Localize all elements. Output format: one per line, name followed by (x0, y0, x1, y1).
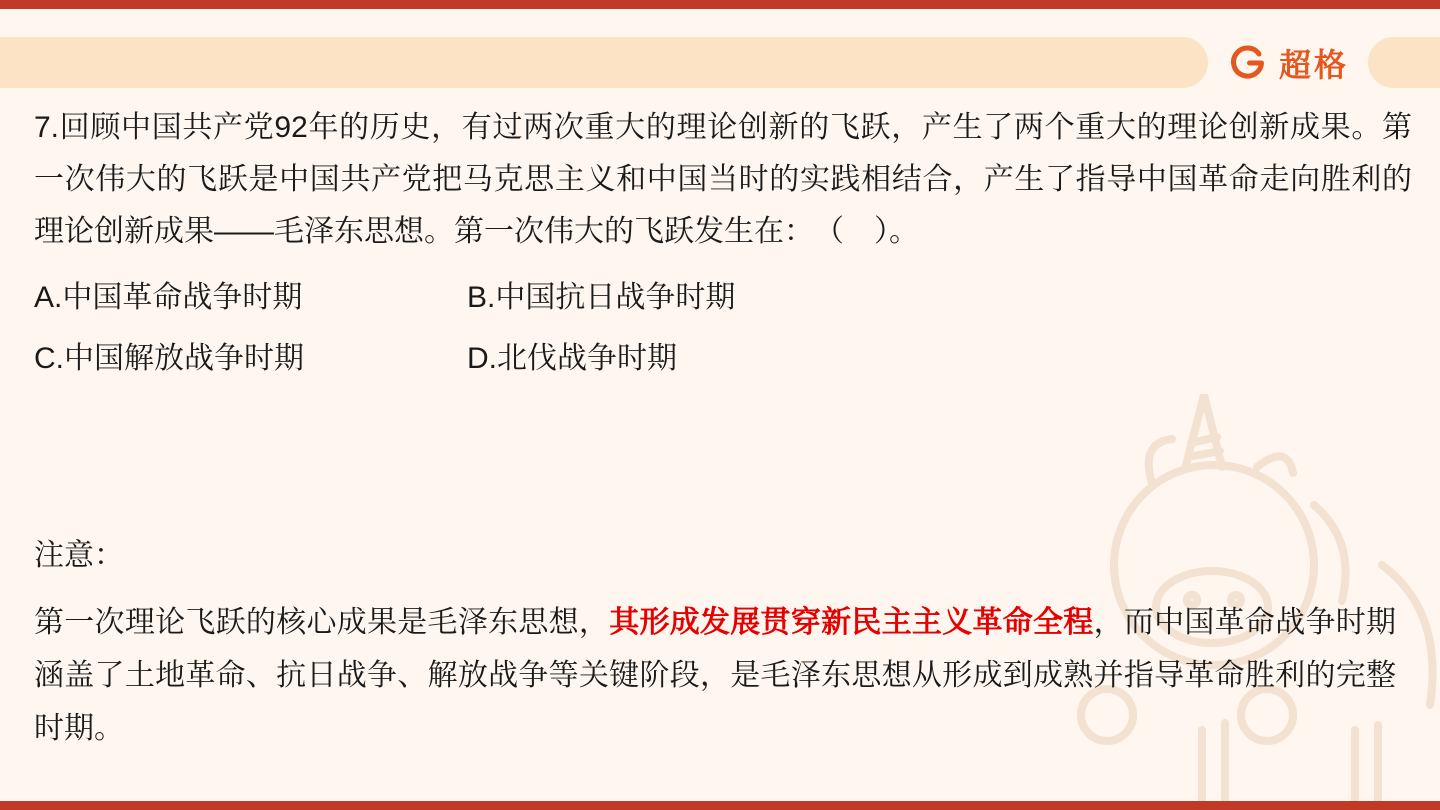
option-c: C.中国解放战争时期 (34, 333, 467, 385)
option-a: A.中国革命战争时期 (34, 272, 467, 324)
header-band-left (0, 37, 1208, 88)
chaoge-logo: 超格 (1228, 40, 1349, 86)
note-heading: 注意： (34, 530, 124, 582)
chaoge-logo-g-icon (1228, 43, 1268, 83)
top-accent-bar (0, 0, 1440, 9)
header-band-right (1368, 37, 1440, 88)
question-text: 7.回顾中国共产党92年的历史，有过两次重大的理论创新的飞跃，产生了两个重大的理… (34, 102, 1412, 258)
note-paragraph: 第一次理论飞跃的核心成果是毛泽东思想，其形成发展贯穿新民主主义革命全程，而中国革… (34, 596, 1396, 755)
note-text-highlight: 其形成发展贯穿新民主主义革命全程 (609, 606, 1093, 639)
note-text-before: 第一次理论飞跃的核心成果是毛泽东思想， (34, 606, 609, 639)
option-d: D.北伐战争时期 (467, 333, 1134, 385)
chaoge-logo-text: 超格 (1279, 40, 1349, 86)
bottom-accent-bar (0, 801, 1440, 810)
option-b: B.中国抗日战争时期 (467, 272, 1134, 324)
options-grid: A.中国革命战争时期 B.中国抗日战争时期 C.中国解放战争时期 D.北伐战争时… (34, 272, 1134, 385)
